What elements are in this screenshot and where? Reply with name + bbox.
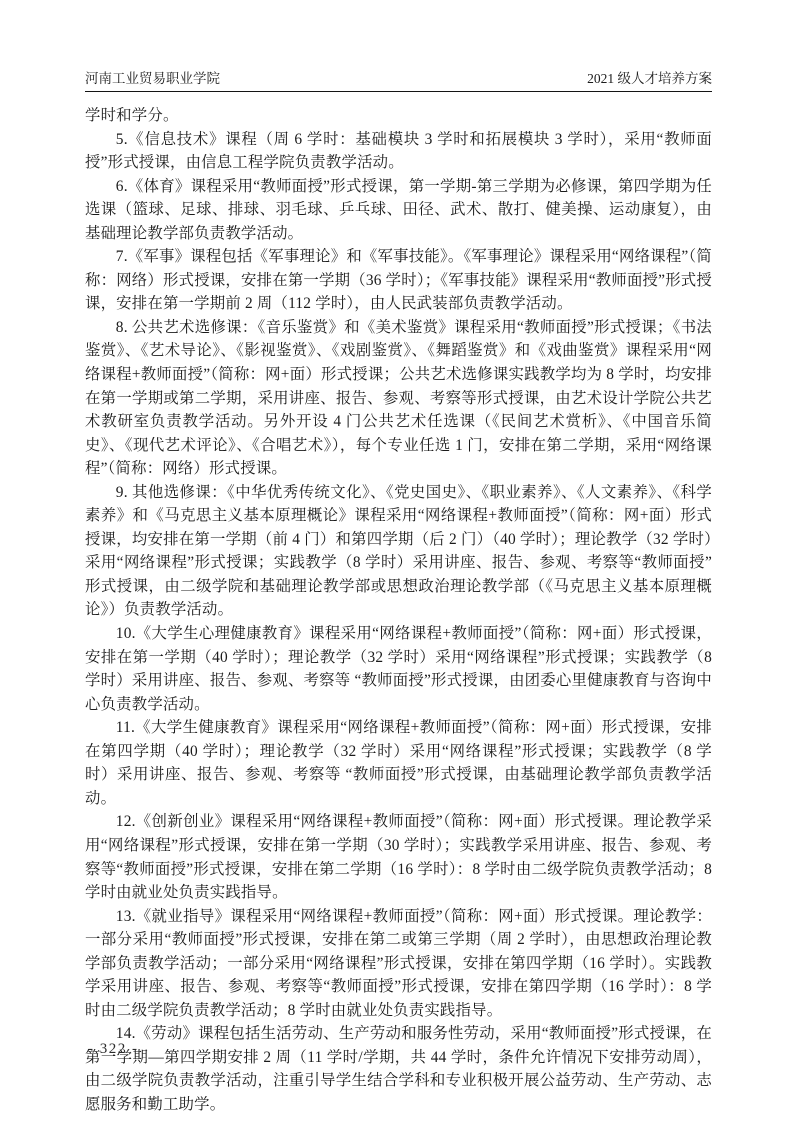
- paragraph-item-13: 13.《就业指导》课程采用“网络课程+教师面授”（简称：网+面）形式授课。理论教…: [85, 905, 712, 1023]
- header-doc-title: 2021 级人才培养方案: [587, 70, 712, 88]
- document-body: 学时和学分。 5.《信息技术》课程（周 6 学时：基础模块 3 学时和拓展模块 …: [85, 92, 712, 1117]
- page-header: 河南工业贸易职业学院 2021 级人才培养方案: [85, 0, 712, 92]
- document-page: 河南工业贸易职业学院 2021 级人才培养方案 学时和学分。 5.《信息技术》课…: [0, 0, 793, 1122]
- paragraph-item-11: 11.《大学生健康教育》课程采用“网络课程+教师面授”（简称：网+面）形式授课，…: [85, 716, 712, 810]
- paragraph-item-12: 12.《创新创业》课程采用“网络课程+教师面授”（简称：网+面）形式授课。理论教…: [85, 810, 712, 904]
- page-number: - 322 -: [88, 1041, 139, 1057]
- paragraph-item-8: 8. 公共艺术选修课：《音乐鉴赏》和《美术鉴赏》课程采用“教师面授”形式授课；《…: [85, 316, 712, 481]
- paragraph-item-5: 5.《信息技术》课程（周 6 学时：基础模块 3 学时和拓展模块 3 学时），采…: [85, 128, 712, 175]
- paragraph-item-14: 14.《劳动》课程包括生活劳动、生产劳动和服务性劳动，采用“教师面授”形式授课，…: [85, 1022, 712, 1116]
- page-footer: - 322 -: [88, 1041, 139, 1058]
- paragraph-item-6: 6.《体育》课程采用“教师面授”形式授课，第一学期-第三学期为必修课，第四学期为…: [85, 175, 712, 246]
- header-school-name: 河南工业贸易职业学院: [85, 70, 220, 88]
- paragraph-item-10: 10.《大学生心理健康教育》课程采用“网络课程+教师面授”（简称：网+面）形式授…: [85, 622, 712, 716]
- paragraph-item-9: 9. 其他选修课：《中华优秀传统文化》、《党史国史》、《职业素养》、《人文素养》…: [85, 481, 712, 622]
- paragraph-item-7: 7.《军事》课程包括《军事理论》和《军事技能》。《军事理论》课程采用“网络课程”…: [85, 245, 712, 316]
- paragraph-continuation: 学时和学分。: [85, 104, 712, 128]
